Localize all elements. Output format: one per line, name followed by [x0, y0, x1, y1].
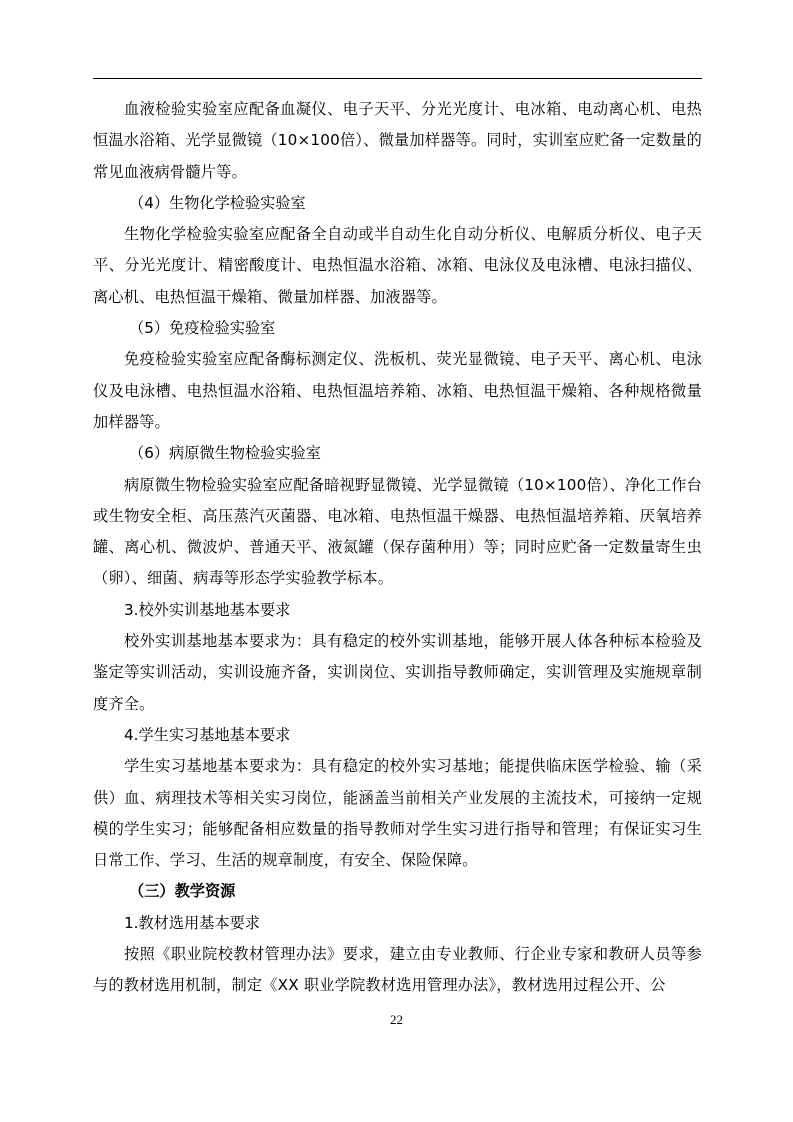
section-heading-teaching-resources: （三）教学资源	[93, 876, 702, 907]
paragraph-offcampus-training: 校外实训基地基本要求为：具有稳定的校外实训基地，能够开展人体各种标本检验及鉴定等…	[93, 626, 702, 720]
document-body: 血液检验实验室应配备血凝仪、电子天平、分光光度计、电冰箱、电动离心机、电热恒温水…	[93, 94, 702, 1002]
paragraph-internship-base: 学生实习基地基本要求为：具有稳定的校外实习基地；能提供临床医学检验、输（采供）血…	[93, 751, 702, 876]
subheading-immuno-lab: （5）免疫检验实验室	[93, 313, 702, 344]
page-number: 22	[0, 1012, 793, 1028]
paragraph-textbook-selection: 按照《职业院校教材管理办法》要求，建立由专业教师、行企业专家和教研人员等参与的教…	[93, 939, 702, 1002]
header-rule	[93, 78, 702, 79]
heading-internship-base: 4.学生实习基地基本要求	[93, 720, 702, 751]
paragraph-biochem-lab: 生物化学检验实验室应配备全自动或半自动生化自动分析仪、电解质分析仪、电子天平、分…	[93, 219, 702, 313]
subheading-biochem-lab: （4）生物化学检验实验室	[93, 188, 702, 219]
paragraph-microbio-lab: 病原微生物检验实验室应配备暗视野显微镜、光学显微镜（10×100倍）、净化工作台…	[93, 470, 702, 595]
subheading-microbio-lab: （6）病原微生物检验实验室	[93, 438, 702, 469]
paragraph-blood-lab: 血液检验实验室应配备血凝仪、电子天平、分光光度计、电冰箱、电动离心机、电热恒温水…	[93, 94, 702, 188]
heading-offcampus-training: 3.校外实训基地基本要求	[93, 595, 702, 626]
heading-textbook-selection: 1.教材选用基本要求	[93, 908, 702, 939]
paragraph-immuno-lab: 免疫检验实验室应配备酶标测定仪、洗板机、荧光显微镜、电子天平、离心机、电泳仪及电…	[93, 344, 702, 438]
